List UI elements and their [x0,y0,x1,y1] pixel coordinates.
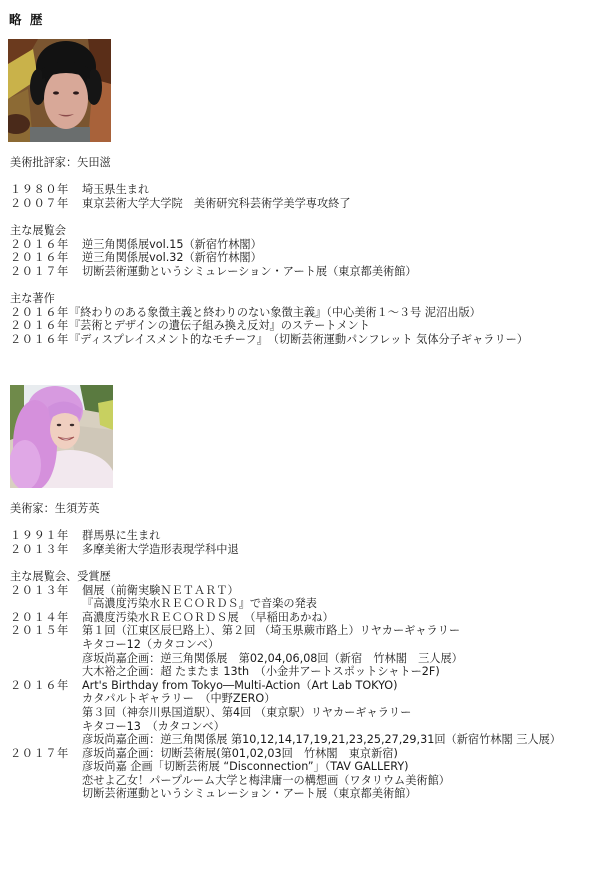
exhibition-row: ２０１５年 第１回（江東区辰巳路上）、第２回 （埼玉県蕨市路上）リヤカーギャラリ… [10,624,595,638]
exhibition-text: 第１回（江東区辰巳路上）、第２回 （埼玉県蕨市路上）リヤカーギャラリー [82,624,595,638]
exhibition-text: キタコー13 （カタコンベ） [82,720,595,734]
exhibition-row: 第３回（神奈川県国道駅）、第4回 （東京駅）リヤカーギャラリー [10,706,595,720]
work-text: 『ディスプレイスメント的なモチーフ』 （切断芸術運動パンフレット 気体分子ギャラ… [69,333,595,347]
exhibition-row: ２０１３年 個展（前衛実験ＮＥＴＡＲＴ） [10,584,595,598]
exhibition-text: 切断芸術運動というシミュレーション・アート展（東京都美術館） [82,265,595,279]
page-title: 略 歴 [9,10,44,28]
bio-year: ２００７年 [10,197,82,211]
exhibition-row: ２０１７年 切断芸術運動というシミュレーション・アート展（東京都美術館） [10,265,595,279]
exhibition-text: 個展（前衛実験ＮＥＴＡＲＴ） [82,584,595,598]
exhibition-row: ２０１７年 彦坂尚嘉企画：切断芸術展(第01,02,03回 竹林閣 東京新宿) [10,747,595,761]
exhibition-text: 高濃度汚染水ＲＥＣＯＲＤＳ展 （早稲田あかね） [82,611,595,625]
exhibition-row: 切断芸術運動というシミュレーション・アート展（東京都美術館） [10,787,595,801]
profile-photo-artist [10,385,113,488]
profile-photo-critic [8,39,111,142]
profile-critic: 美術批評家：矢田滋 １９８０年 埼玉県生まれ ２００７年 東京芸術大学大学院 美… [10,156,595,346]
exhibition-text: 恋せよ乙女！パープルーム大学と梅津庸一の構想画（ワタリウム美術館） [82,774,595,788]
exhibition-row: キタコー13 （カタコンベ） [10,720,595,734]
exhibition-row: 彦坂尚嘉企画：逆三角関係展 第10,12,14,17,19,21,23,25,2… [10,733,595,747]
exhibition-text: 大木裕之企画：超 たまたま 13th （小金井アートスポットシャトー2F) [82,665,595,679]
bio-text: 多摩美術大学造形表現学科中退 [82,543,595,557]
exhibition-row: 恋せよ乙女！パープルーム大学と梅津庸一の構想画（ワタリウム美術館） [10,774,595,788]
bio-text: 東京芸術大学大学院 美術研究科芸術学美学専攻終了 [82,197,595,211]
work-row: ２０１６年 『ディスプレイスメント的なモチーフ』 （切断芸術運動パンフレット 気… [10,333,595,347]
portrait-image [8,39,111,142]
exhibition-row: 彦坂尚嘉企画：逆三角関係展 第02,04,06,08回（新宿 竹林閣 三人展） [10,652,595,666]
exhibition-year: ２０１６年 [10,679,82,693]
exhibition-year: ２０１５年 [10,624,82,638]
exhibition-row: ２０１６年 逆三角関係展vol.32（新宿竹林閣） [10,251,595,265]
bio-year: １９９１年 [10,529,82,543]
bio-row: ２００７年 東京芸術大学大学院 美術研究科芸術学美学専攻終了 [10,197,595,211]
work-row: ２０１６年 『芸術とデザインの遺伝子組み換え反対』のステートメント [10,319,595,333]
bio-year: ２０１３年 [10,543,82,557]
exhibition-row: 彦坂尚嘉 企画「切断芸術展 “Disconnection”」（TAV GALLE… [10,760,595,774]
exhibition-year: ２０１６年 [10,238,82,252]
work-year: ２０１６年 [10,306,69,320]
bio-text: 群馬県に生まれ [82,529,595,543]
work-row: ２０１６年 『終わりのある象徴主義と終わりのない象徴主義』（中心美術１～３号 泥… [10,306,595,320]
exhibition-row: ２０１４年 高濃度汚染水ＲＥＣＯＲＤＳ展 （早稲田あかね） [10,611,595,625]
exhibition-row: カタパルトギャラリー （中野ZERO） [10,692,595,706]
exhibition-row: キタコー12（カタコンベ） [10,638,595,652]
profile-role-name: 美術批評家：矢田滋 [10,156,595,170]
work-text: 『終わりのある象徴主義と終わりのない象徴主義』（中心美術１～３号 泥沼出版） [69,306,595,320]
exhibition-text: 彦坂尚嘉企画：逆三角関係展 第02,04,06,08回（新宿 竹林閣 三人展） [82,652,595,666]
exhibition-row: ２０１６年 逆三角関係展vol.15（新宿竹林閣） [10,238,595,252]
bio-year: １９８０年 [10,183,82,197]
bio-row: １９９１年 群馬県に生まれ [10,529,595,543]
exhibition-text: 彦坂尚嘉企画：切断芸術展(第01,02,03回 竹林閣 東京新宿) [82,747,595,761]
exhibition-year: ２０１４年 [10,611,82,625]
exhibition-text: 逆三角関係展vol.32（新宿竹林閣） [82,251,595,265]
exhibition-row: 『高濃度汚染水ＲＥＣＯＲＤＳ』で音楽の発表 [10,597,595,611]
exhibition-row: ２０１６年 Art's Birthday from Tokyo―Multi-Ac… [10,679,595,693]
portrait-image [10,385,113,488]
bio-text: 埼玉県生まれ [82,183,595,197]
exhibition-text: 彦坂尚嘉企画：逆三角関係展 第10,12,14,17,19,21,23,25,2… [82,733,595,747]
work-text: 『芸術とデザインの遺伝子組み換え反対』のステートメント [69,319,595,333]
exhibition-text: キタコー12（カタコンベ） [82,638,595,652]
exhibition-text: 『高濃度汚染水ＲＥＣＯＲＤＳ』で音楽の発表 [82,597,595,611]
exhibition-row: 大木裕之企画：超 たまたま 13th （小金井アートスポットシャトー2F) [10,665,595,679]
section-heading-exhibitions: 主な展覧会 [10,224,595,238]
section-heading-exhibitions-awards: 主な展覧会、受賞歴 [10,570,595,584]
exhibition-text: 逆三角関係展vol.15（新宿竹林閣） [82,238,595,252]
exhibition-year: ２０１７年 [10,265,82,279]
work-year: ２０１６年 [10,333,69,347]
exhibition-text: 彦坂尚嘉 企画「切断芸術展 “Disconnection”」（TAV GALLE… [82,760,595,774]
bio-row: １９８０年 埼玉県生まれ [10,183,595,197]
profile-role-name: 美術家：生須芳英 [10,502,595,516]
profile-artist: 美術家：生須芳英 １９９１年 群馬県に生まれ ２０１３年 多摩美術大学造形表現学… [10,502,595,801]
exhibition-year: ２０１７年 [10,747,82,761]
exhibition-year: ２０１６年 [10,251,82,265]
exhibition-text: Art's Birthday from Tokyo―Multi-Action（A… [82,679,595,693]
exhibition-year: ２０１３年 [10,584,82,598]
work-year: ２０１６年 [10,319,69,333]
exhibition-text: カタパルトギャラリー （中野ZERO） [82,692,595,706]
exhibition-text: 第３回（神奈川県国道駅）、第4回 （東京駅）リヤカーギャラリー [82,706,595,720]
exhibition-text: 切断芸術運動というシミュレーション・アート展（東京都美術館） [82,787,595,801]
bio-row: ２０１３年 多摩美術大学造形表現学科中退 [10,543,595,557]
section-heading-works: 主な著作 [10,292,595,306]
